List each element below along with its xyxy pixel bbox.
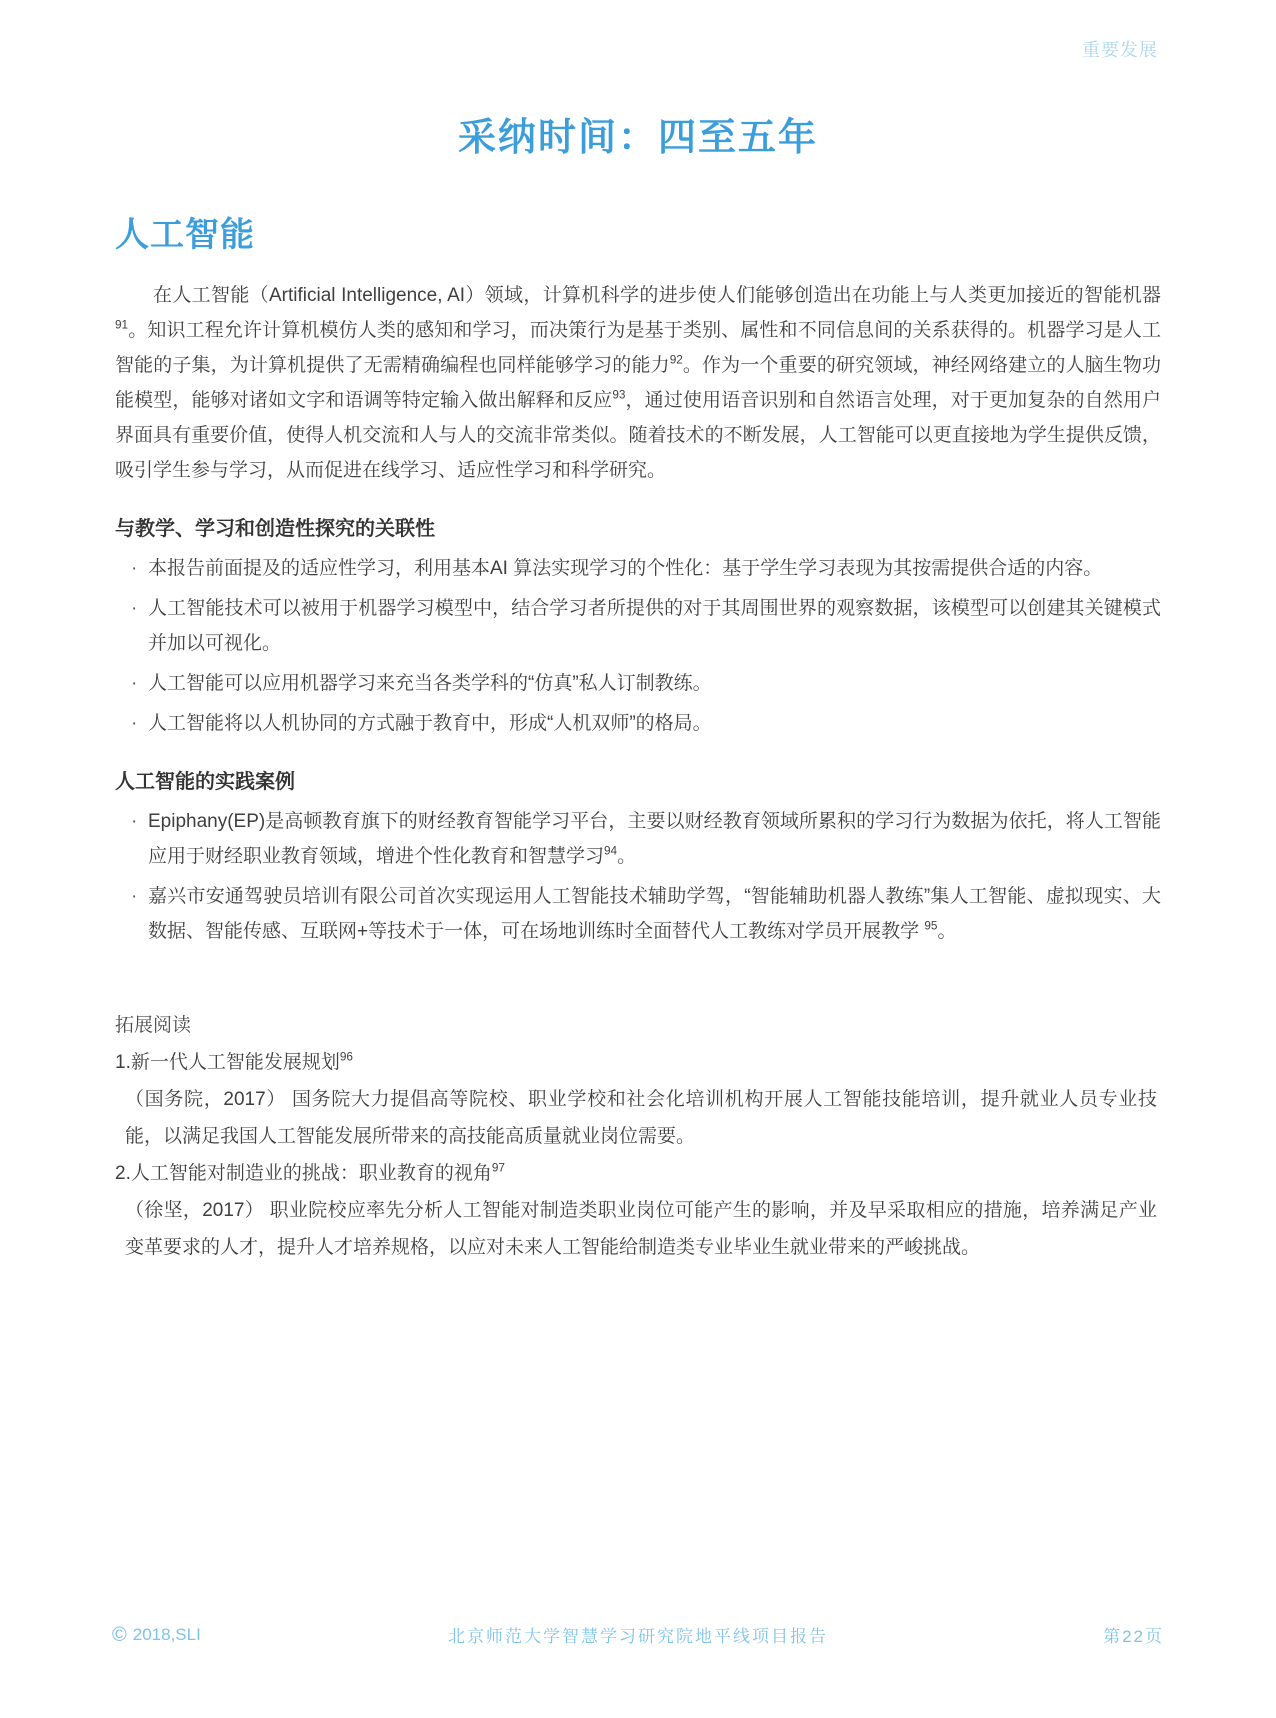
corner-tag: 重要发展 — [1082, 36, 1158, 62]
list-item-text: 人工智能可以应用机器学习来充当各类学科的“仿真”私人订制教练。 — [148, 673, 712, 694]
further-reading-label: 拓展阅读 — [115, 1007, 1161, 1044]
further-reading-section: 拓展阅读 1.新一代人工智能发展规划96 （国务院，2017） 国务院大力提倡高… — [115, 1007, 1161, 1266]
section-heading-ai: 人工智能 — [115, 207, 1161, 256]
bullet-dot-icon: · — [131, 879, 137, 914]
further-reading-item-body: （国务院，2017） 国务院大力提倡高等院校、职业学校和社会化培训机构开展人工智… — [125, 1081, 1161, 1155]
list-item: · 人工智能将以人机协同的方式融于教育中，形成“人机双师”的格局。 — [115, 706, 1161, 741]
list-item-text: 人工智能将以人机协同的方式融于教育中，形成“人机双师”的格局。 — [148, 713, 712, 734]
bullet-dot-icon: · — [131, 804, 137, 839]
page-footer: © 2018,SLI 北京师范大学智慧学习研究院地平线项目报告 第22页 — [0, 1622, 1276, 1647]
list-item-text: Epiphany(EP)是高顿教育旗下的财经教育智能学习平台，主要以财经教育领域… — [148, 811, 1161, 867]
bullet-dot-icon: · — [131, 551, 137, 586]
list-item: · 嘉兴市安通驾驶员培训有限公司首次实现运用人工智能技术辅助学驾，“智能辅助机器… — [115, 879, 1161, 949]
intro-paragraph: 在人工智能（Artificial Intelligence, AI）领域，计算机… — [115, 278, 1161, 488]
page-content: 人工智能 在人工智能（Artificial Intelligence, AI）领… — [0, 207, 1276, 1266]
relevance-heading: 与教学、学习和创造性探究的关联性 — [115, 512, 1161, 541]
copyright-text: 2018,SLI — [133, 1625, 201, 1645]
further-reading-item-title: 1.新一代人工智能发展规划96 — [115, 1044, 1161, 1081]
further-reading-item-title: 2.人工智能对制造业的挑战：职业教育的视角97 — [115, 1155, 1161, 1192]
list-item: · 人工智能可以应用机器学习来充当各类学科的“仿真”私人订制教练。 — [115, 666, 1161, 701]
practice-heading: 人工智能的实践案例 — [115, 765, 1161, 794]
footer-copyright: © 2018,SLI — [112, 1625, 201, 1645]
list-item: · 本报告前面提及的适应性学习，利用基本AI 算法实现学习的个性化：基于学生学习… — [115, 551, 1161, 586]
copyright-icon: © — [112, 1625, 127, 1645]
footer-page-number: 第22页 — [1103, 1622, 1164, 1647]
list-item-text: 嘉兴市安通驾驶员培训有限公司首次实现运用人工智能技术辅助学驾，“智能辅助机器人教… — [148, 886, 1161, 942]
practice-bullet-list: · Epiphany(EP)是高顿教育旗下的财经教育智能学习平台，主要以财经教育… — [115, 804, 1161, 949]
list-item: · Epiphany(EP)是高顿教育旗下的财经教育智能学习平台，主要以财经教育… — [115, 804, 1161, 874]
page-title: 采纳时间：四至五年 — [0, 0, 1276, 161]
bullet-dot-icon: · — [131, 666, 137, 701]
further-reading-item-body: （徐坚，2017） 职业院校应率先分析人工智能对制造类职业岗位可能产生的影响，并… — [125, 1192, 1161, 1266]
list-item-text: 本报告前面提及的适应性学习，利用基本AI 算法实现学习的个性化：基于学生学习表现… — [148, 558, 1102, 579]
list-item: · 人工智能技术可以被用于机器学习模型中，结合学习者所提供的对于其周围世界的观察… — [115, 591, 1161, 661]
list-item-text: 人工智能技术可以被用于机器学习模型中，结合学习者所提供的对于其周围世界的观察数据… — [148, 598, 1161, 654]
relevance-bullet-list: · 本报告前面提及的适应性学习，利用基本AI 算法实现学习的个性化：基于学生学习… — [115, 551, 1161, 741]
bullet-dot-icon: · — [131, 591, 137, 626]
report-page: 重要发展 采纳时间：四至五年 人工智能 在人工智能（Artificial Int… — [0, 0, 1276, 1718]
bullet-dot-icon: · — [131, 706, 137, 741]
